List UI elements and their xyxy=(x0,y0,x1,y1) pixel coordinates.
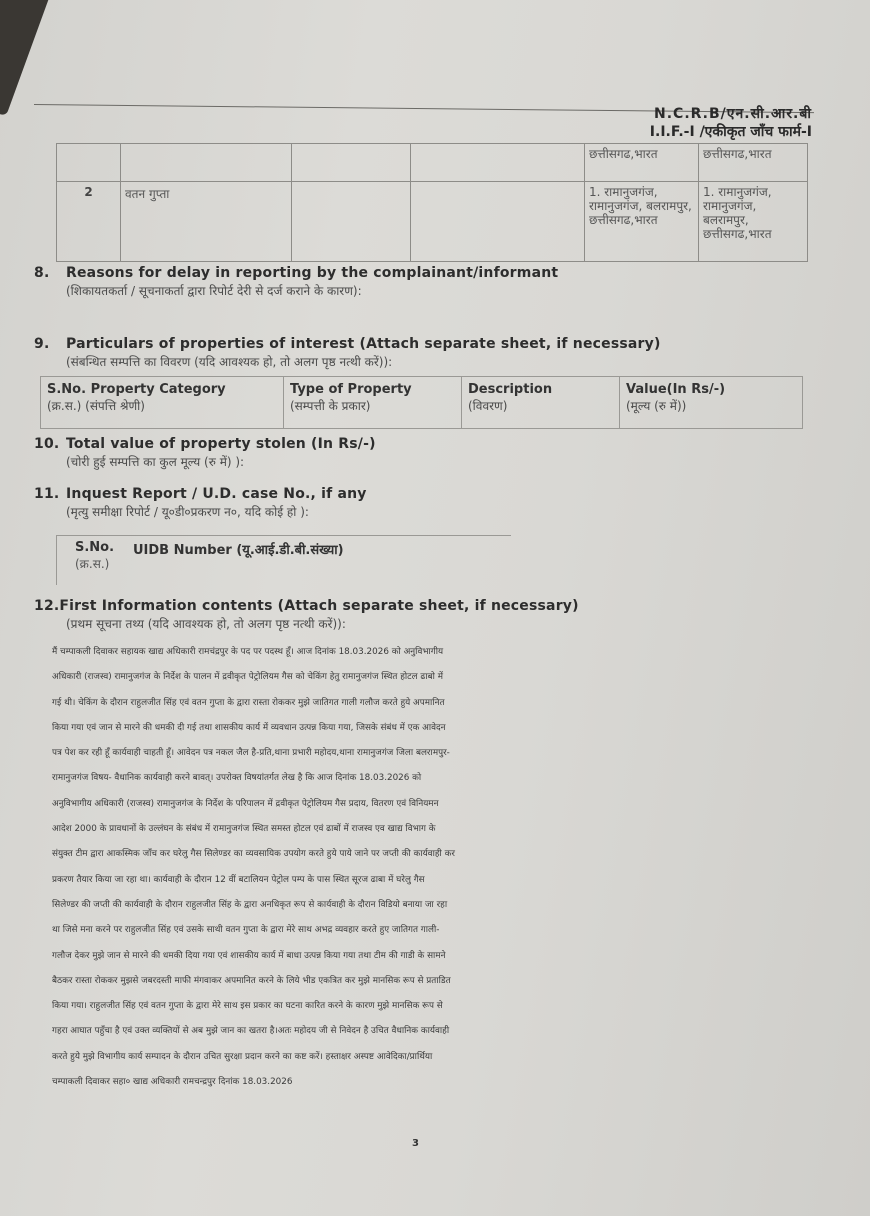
section-title-hi: (मृत्यु समीक्षा रिपोर्ट / यू०डी०प्रकरण न… xyxy=(34,503,367,520)
table-row: 2 वतन गुप्ता 1. रामानुजगंज, रामानुजगंज, … xyxy=(57,182,808,262)
fir-text-line: संयुक्त टीम द्वारा आकस्मिक जाँच कर घरेलु… xyxy=(52,842,812,867)
cell-sno: 2 xyxy=(57,182,121,262)
fir-text-line: अधिकारी (राजस्व) रामानुजगंज के निर्देश क… xyxy=(52,665,812,690)
header-value: Value(In Rs/-) (मूल्य (रु में)) xyxy=(620,377,803,429)
fir-text-line: गई थी। चेकिंग के दौरान राहुलजीत सिंह एवं… xyxy=(52,691,812,716)
section-title-en: First Information contents (Attach separ… xyxy=(59,598,578,614)
table-row: छत्तीसगढ,भारत छत्तीसगढ,भारत xyxy=(57,144,808,182)
uidb-table: S.No. (क्र.स.) UIDB Number (यू.आई.डी.बी.… xyxy=(56,535,511,585)
section-number: 12. xyxy=(34,598,59,614)
cell-col3 xyxy=(292,182,411,262)
cell-name xyxy=(121,144,292,182)
header-description: Description (विवरण) xyxy=(462,377,620,429)
cell-col3 xyxy=(292,144,411,182)
fir-text-line: किया गया। राहुलजीत सिंह एवं वतन गुप्ता क… xyxy=(52,994,812,1019)
section-title-hi: (संबन्धित सम्पत्ति का विवरण (यदि आवश्यक … xyxy=(34,353,661,370)
fir-text-line: सिलेण्डर की जप्ती की कार्यवाही के दौरान … xyxy=(52,893,812,918)
cell-name: वतन गुप्ता xyxy=(121,182,292,262)
section-number: 8. xyxy=(34,265,66,281)
table-header-row: S.No. Property Category (क्र.स.) (संपत्त… xyxy=(41,377,803,429)
fir-text-line: था जिसे मना करने पर राहुलजीत सिंह एवं उस… xyxy=(52,918,812,943)
cell-col4 xyxy=(411,144,585,182)
header-type-of-property: Type of Property (सम्पत्ती के प्रकार) xyxy=(284,377,462,429)
section-number: 11. xyxy=(34,486,66,502)
document-page: N.C.R.B/एन.सी.आर.बी I.I.F.-I /एकीकृत जाँ… xyxy=(0,0,870,1216)
fir-text-line: रामानुजगंज विषय- वैधानिक कार्यवाही करने … xyxy=(52,766,812,791)
first-information-contents: मैं चम्पाकली दिवाकर सहायक खाद्य अधिकारी … xyxy=(52,640,812,1095)
ncrb-label: N.C.R.B/एन.सी.आर.बी xyxy=(654,104,812,123)
section-11: 11.Inquest Report / U.D. case No., if an… xyxy=(34,486,367,520)
cell-permanent-address: 1. रामानुजगंज, रामानुजगंज, बलरामपुर, छत्… xyxy=(699,182,808,262)
cell-sno xyxy=(57,144,121,182)
section-8: 8.Reasons for delay in reporting by the … xyxy=(34,265,558,299)
section-number: 9. xyxy=(34,336,66,352)
fir-text-line: करते हुये मुझे विभागीय कार्य सम्पादन के … xyxy=(52,1045,812,1070)
section-title-hi: (चोरी हुई सम्पत्ति का कुल मूल्य (रु में)… xyxy=(34,453,376,470)
fir-text-line: अनुविभागीय अधिकारी (राजस्व) रामानुजगंज क… xyxy=(52,792,812,817)
fir-text-line: प्रकरण तैयार किया जा रहा था। कार्यवाही क… xyxy=(52,868,812,893)
cell-present-address: छत्तीसगढ,भारत xyxy=(585,144,699,182)
cell-col4 xyxy=(411,182,585,262)
fir-text-line: किया गया एवं जान से मारने की धमकी दी गई … xyxy=(52,716,812,741)
uidb-number-label: UIDB Number (यू.आई.डी.बी.संख्या) xyxy=(133,540,344,558)
section-title-hi: (प्रथम सूचना तथ्य (यदि आवश्यक हो, तो अलग… xyxy=(34,615,579,632)
section-title-en: Inquest Report / U.D. case No., if any xyxy=(66,486,367,502)
section-title-en: Total value of property stolen (In Rs/-) xyxy=(66,436,376,452)
page-corner-shadow xyxy=(0,0,50,116)
section-9: 9.Particulars of properties of interest … xyxy=(34,336,661,370)
fir-text-line: बैठकर रास्ता रोककर मुझसे जबरदस्ती माफी म… xyxy=(52,969,812,994)
cell-present-address: 1. रामानुजगंज, रामानुजगंज, बलरामपुर, छत्… xyxy=(585,182,699,262)
section-10: 10.Total value of property stolen (In Rs… xyxy=(34,436,376,470)
form-label: I.I.F.-I /एकीकृत जाँच फार्म-I xyxy=(650,122,812,141)
fir-text-line: चम्पाकली दिवाकर सहा० खाद्य अधिकारी रामचन… xyxy=(52,1070,812,1095)
section-title-hi: (शिकायतकर्ता / सूचनाकर्ता द्वारा रिपोर्ट… xyxy=(34,282,558,299)
accused-table: छत्तीसगढ,भारत छत्तीसगढ,भारत 2 वतन गुप्ता… xyxy=(56,143,808,262)
fir-text-line: मैं चम्पाकली दिवाकर सहायक खाद्य अधिकारी … xyxy=(52,640,812,665)
cell-permanent-address: छत्तीसगढ,भारत xyxy=(699,144,808,182)
fir-text-line: गहरा आघात पहुँचा है एवं उक्त व्यक्तियों … xyxy=(52,1019,812,1044)
property-table: S.No. Property Category (क्र.स.) (संपत्त… xyxy=(40,376,803,429)
section-12: 12.First Information contents (Attach se… xyxy=(34,598,579,632)
page-number: 3 xyxy=(412,1138,419,1149)
section-title-en: Particulars of properties of interest (A… xyxy=(66,336,661,352)
fir-text-line: पत्र पेश कर रही हूँ कार्यवाही चाहती हूँ।… xyxy=(52,741,812,766)
section-title-en: Reasons for delay in reporting by the co… xyxy=(66,265,558,281)
fir-text-line: गलौज देकर मुझे जान से मारने की धमकी दिया… xyxy=(52,944,812,969)
header-property-category: S.No. Property Category (क्र.स.) (संपत्त… xyxy=(41,377,284,429)
section-number: 10. xyxy=(34,436,66,452)
fir-text-line: आदेश 2000 के प्रावधानों के उल्लंघन के सं… xyxy=(52,817,812,842)
